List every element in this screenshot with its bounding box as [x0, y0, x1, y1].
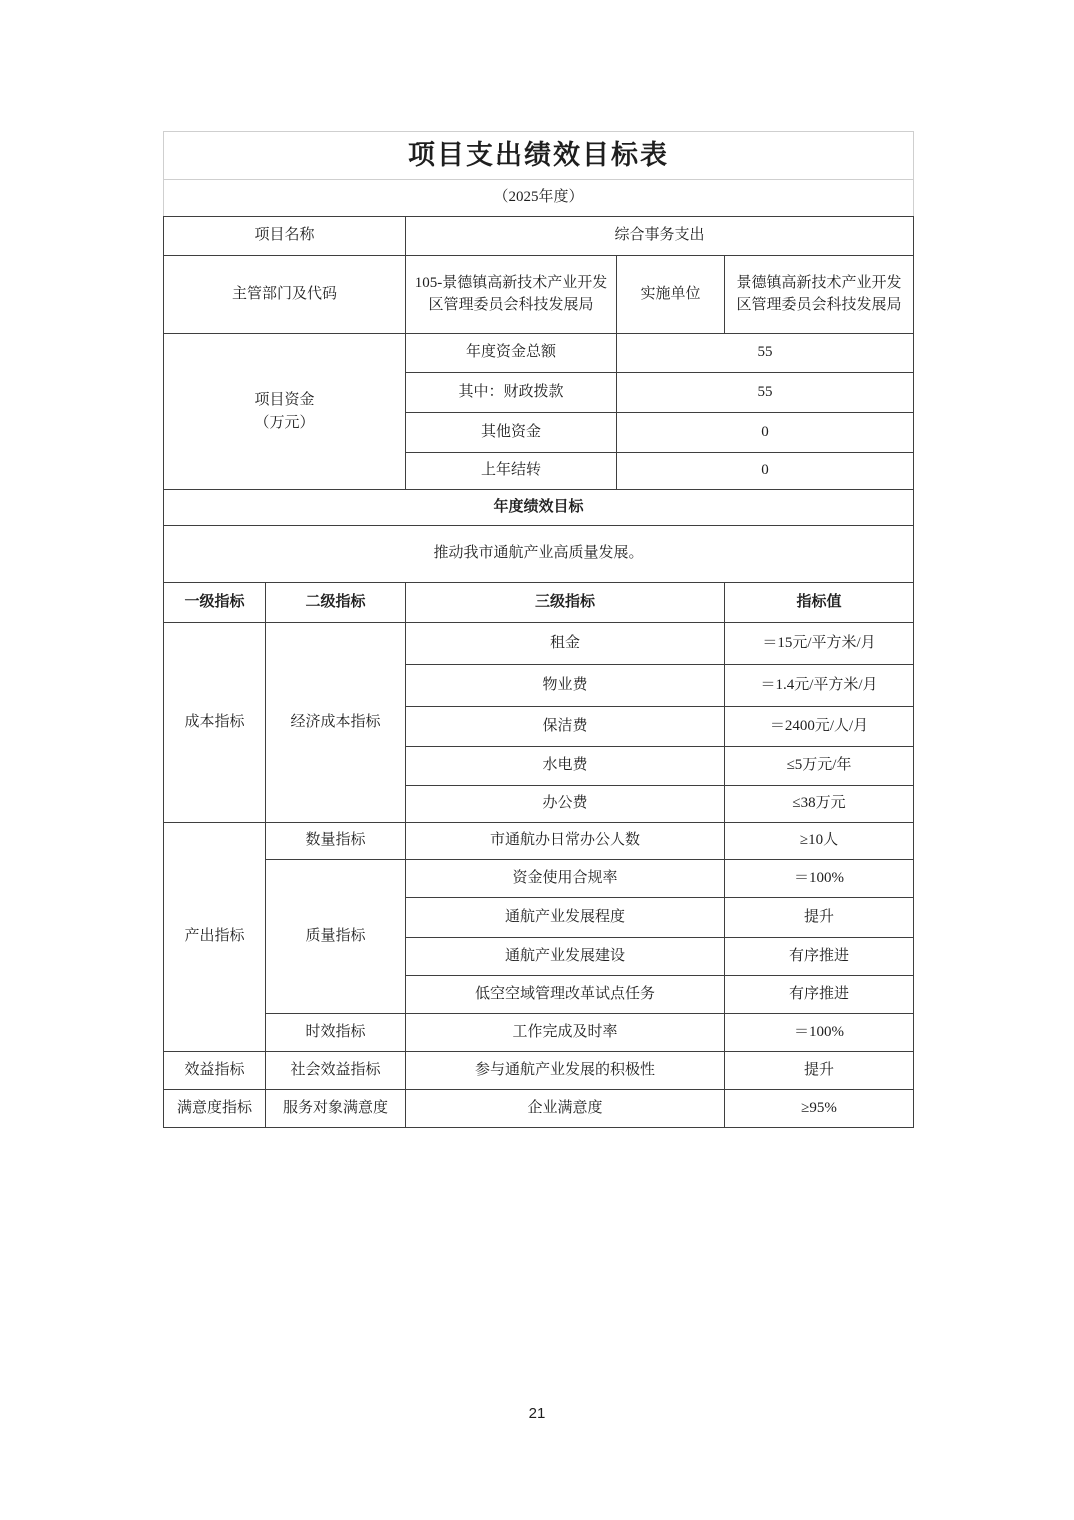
funds-row-value: 55	[617, 373, 914, 413]
indicator-value-cell: 提升	[725, 1052, 914, 1090]
indicator-l1-cell: 效益指标	[164, 1052, 266, 1090]
indicator-value-cell: ＝15元/平方米/月	[725, 623, 914, 665]
indicator-l3-cell: 保洁费	[406, 707, 725, 747]
indicator-row: 满意度指标 服务对象满意度 企业满意度 ≥95%	[164, 1090, 914, 1128]
indicator-header-value: 指标值	[725, 583, 914, 623]
indicator-header-l2: 二级指标	[266, 583, 406, 623]
indicator-l1-cell: 满意度指标	[164, 1090, 266, 1128]
funds-label-line1: 项目资金	[170, 389, 399, 412]
indicator-l2-cell: 社会效益指标	[266, 1052, 406, 1090]
project-name-label: 项目名称	[164, 217, 406, 256]
indicator-value-cell: ≤5万元/年	[725, 747, 914, 786]
indicator-value-cell: 有序推进	[725, 976, 914, 1014]
funds-row-value: 55	[617, 334, 914, 373]
indicator-l2-cell: 经济成本指标	[266, 623, 406, 823]
impl-unit-label: 实施单位	[617, 256, 725, 334]
project-name-value: 综合事务支出	[406, 217, 914, 256]
indicator-value-cell: ＝100%	[725, 1014, 914, 1052]
indicator-row: 成本指标 经济成本指标 租金 ＝15元/平方米/月	[164, 623, 914, 665]
indicator-l3-cell: 办公费	[406, 786, 725, 823]
indicator-value-cell: ≤38万元	[725, 786, 914, 823]
funds-label-line2: （万元）	[170, 412, 399, 435]
indicator-l3-cell: 工作完成及时率	[406, 1014, 725, 1052]
indicator-row: 效益指标 社会效益指标 参与通航产业发展的积极性 提升	[164, 1052, 914, 1090]
funds-row-label: 年度资金总额	[406, 334, 617, 373]
impl-unit-value: 景德镇高新技术产业开发区管理委员会科技发展局	[725, 256, 914, 334]
funds-row-value: 0	[617, 453, 914, 490]
indicator-row: 产出指标 数量指标 市通航办日常办公人数 ≥10人	[164, 823, 914, 860]
indicator-l3-cell: 水电费	[406, 747, 725, 786]
indicator-row: 时效指标 工作完成及时率 ＝100%	[164, 1014, 914, 1052]
funds-label: 项目资金 （万元）	[164, 334, 406, 490]
table-title: 项目支出绩效目标表	[164, 132, 914, 180]
funds-row-label: 其中：财政拨款	[406, 373, 617, 413]
indicator-value-cell: ≥10人	[725, 823, 914, 860]
indicator-l3-cell: 参与通航产业发展的积极性	[406, 1052, 725, 1090]
funds-row-label: 其他资金	[406, 413, 617, 453]
department-value: 105-景德镇高新技术产业开发区管理委员会科技发展局	[406, 256, 617, 334]
department-label: 主管部门及代码	[164, 256, 406, 334]
indicator-row: 质量指标 资金使用合规率 ＝100%	[164, 860, 914, 898]
indicator-l3-cell: 市通航办日常办公人数	[406, 823, 725, 860]
funds-row-label: 上年结转	[406, 453, 617, 490]
indicator-l3-cell: 物业费	[406, 665, 725, 707]
document-page: 项目支出绩效目标表 （2025年度） 项目名称 综合事务支出 主管部门及代码 1…	[0, 0, 1074, 1520]
indicator-value-cell: 提升	[725, 898, 914, 938]
indicator-header-l1: 一级指标	[164, 583, 266, 623]
indicator-l3-cell: 通航产业发展程度	[406, 898, 725, 938]
indicator-l3-cell: 企业满意度	[406, 1090, 725, 1128]
indicator-header-l3: 三级指标	[406, 583, 725, 623]
indicator-value-cell: ＝100%	[725, 860, 914, 898]
indicator-l3-cell: 通航产业发展建设	[406, 938, 725, 976]
annual-goal-header: 年度绩效目标	[164, 490, 914, 526]
indicator-l2-cell: 数量指标	[266, 823, 406, 860]
page-number: 21	[0, 1405, 1074, 1422]
indicator-value-cell: ＝1.4元/平方米/月	[725, 665, 914, 707]
annual-goal-text: 推动我市通航产业高质量发展。	[164, 526, 914, 583]
indicator-l3-cell: 资金使用合规率	[406, 860, 725, 898]
indicator-l1-cell: 成本指标	[164, 623, 266, 823]
indicator-l2-cell: 服务对象满意度	[266, 1090, 406, 1128]
indicator-value-cell: ≥95%	[725, 1090, 914, 1128]
table-subtitle: （2025年度）	[164, 180, 914, 217]
indicator-l3-cell: 租金	[406, 623, 725, 665]
indicator-l3-cell: 低空空域管理改革试点任务	[406, 976, 725, 1014]
indicator-l1-cell: 产出指标	[164, 823, 266, 1052]
indicator-value-cell: ＝2400元/人/月	[725, 707, 914, 747]
indicator-l2-cell: 时效指标	[266, 1014, 406, 1052]
indicator-value-cell: 有序推进	[725, 938, 914, 976]
indicator-l2-cell: 质量指标	[266, 860, 406, 1014]
funds-row-value: 0	[617, 413, 914, 453]
performance-target-table: 项目支出绩效目标表 （2025年度） 项目名称 综合事务支出 主管部门及代码 1…	[163, 131, 914, 1128]
